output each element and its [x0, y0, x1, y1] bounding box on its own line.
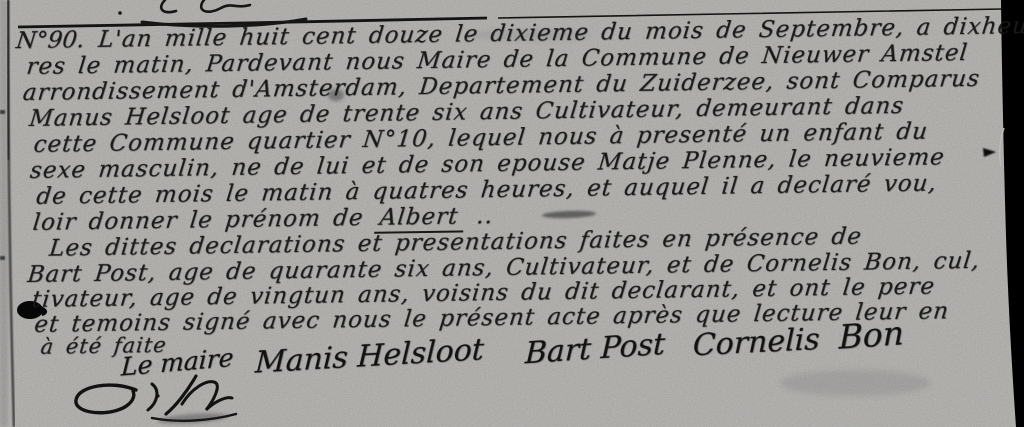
- name-line-suffix: ..: [463, 203, 495, 229]
- signature-manis-helsloot: Manis Helsloot: [254, 332, 484, 381]
- signature-bart-post: Bart Post: [524, 327, 665, 372]
- record-number: N°90.: [15, 27, 86, 54]
- act-text-block: N°90.L'an mille huit cent douze le dixie…: [0, 0, 1024, 427]
- register-page-scan: N°90.L'an mille huit cent douze le dixie…: [0, 0, 1024, 427]
- signature-bon: Bon: [839, 313, 904, 356]
- signature-cornelis: Cornelis: [692, 322, 820, 363]
